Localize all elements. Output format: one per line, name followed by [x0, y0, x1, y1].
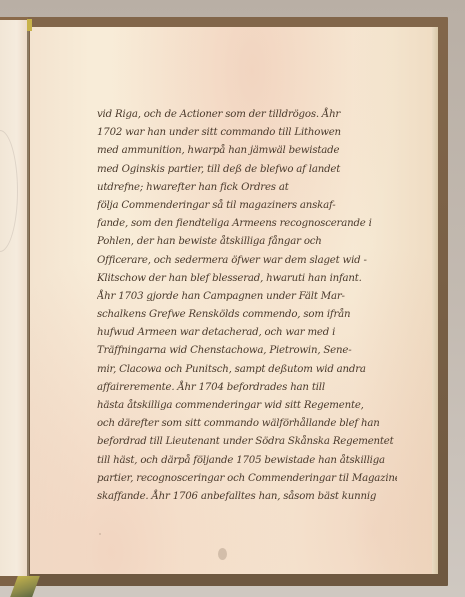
text-line: 1702 war han under sitt commando till Li…: [97, 124, 397, 142]
text-line: vid Riga, och de Actioner som der tilldr…: [97, 106, 397, 124]
text-line: Åhr 1703 gjorde han Campagnen under Fält…: [97, 288, 397, 306]
manuscript-text: vid Riga, och de Actioner som der tilldr…: [97, 106, 397, 506]
text-line: mir, Clacowa och Punitsch, sampt deßutom…: [97, 361, 397, 379]
binding-gutter: [27, 25, 29, 577]
text-line: affaireremente. Åhr 1704 befordrades han…: [97, 379, 397, 397]
text-line: till häst, och därpå följande 1705 bewis…: [97, 452, 397, 470]
text-line: fande, som den fiendteliga Armeens recog…: [97, 215, 397, 233]
text-line: med Oginskis partier, till deß de blefwo…: [97, 161, 397, 179]
text-line: hufwud Armeen war detacherad, och war me…: [97, 324, 397, 342]
ribbon-marker-top: [27, 19, 32, 31]
watermark-swirl: [0, 130, 18, 252]
text-line: med ammunition, hwarpå han jämwäl bewist…: [97, 142, 397, 160]
text-line: skaffande. Åhr 1706 anbefalltes han, sås…: [97, 488, 397, 506]
paper-stain: [218, 548, 227, 560]
paper-speck: [99, 533, 101, 535]
left-page-sliver: [0, 20, 28, 582]
text-line: partier, recognosceringar och Commenderi…: [97, 470, 397, 488]
page-edge: [432, 27, 438, 574]
text-line: och därefter som sitt commando wälförhål…: [97, 415, 397, 433]
text-line: Träffningarna wid Chenstachowa, Pietrowi…: [97, 342, 397, 360]
text-line: befordrad till Lieutenant under Södra Sk…: [97, 433, 397, 451]
text-line: Officerare, och sedermera öfwer war dem …: [97, 252, 397, 270]
text-line: följa Commenderingar så til magaziners a…: [97, 197, 397, 215]
text-line: Klitschow der han blef blesserad, hwarut…: [97, 270, 397, 288]
text-line: schalkens Grefwe Renskölds commendo, som…: [97, 306, 397, 324]
text-line: hästa åtskilliga commenderingar wid sitt…: [97, 397, 397, 415]
text-line: Pohlen, der han bewiste åtskilliga fånga…: [97, 233, 397, 251]
text-line: utdrefne; hwarefter han fick Ordres at: [97, 179, 397, 197]
